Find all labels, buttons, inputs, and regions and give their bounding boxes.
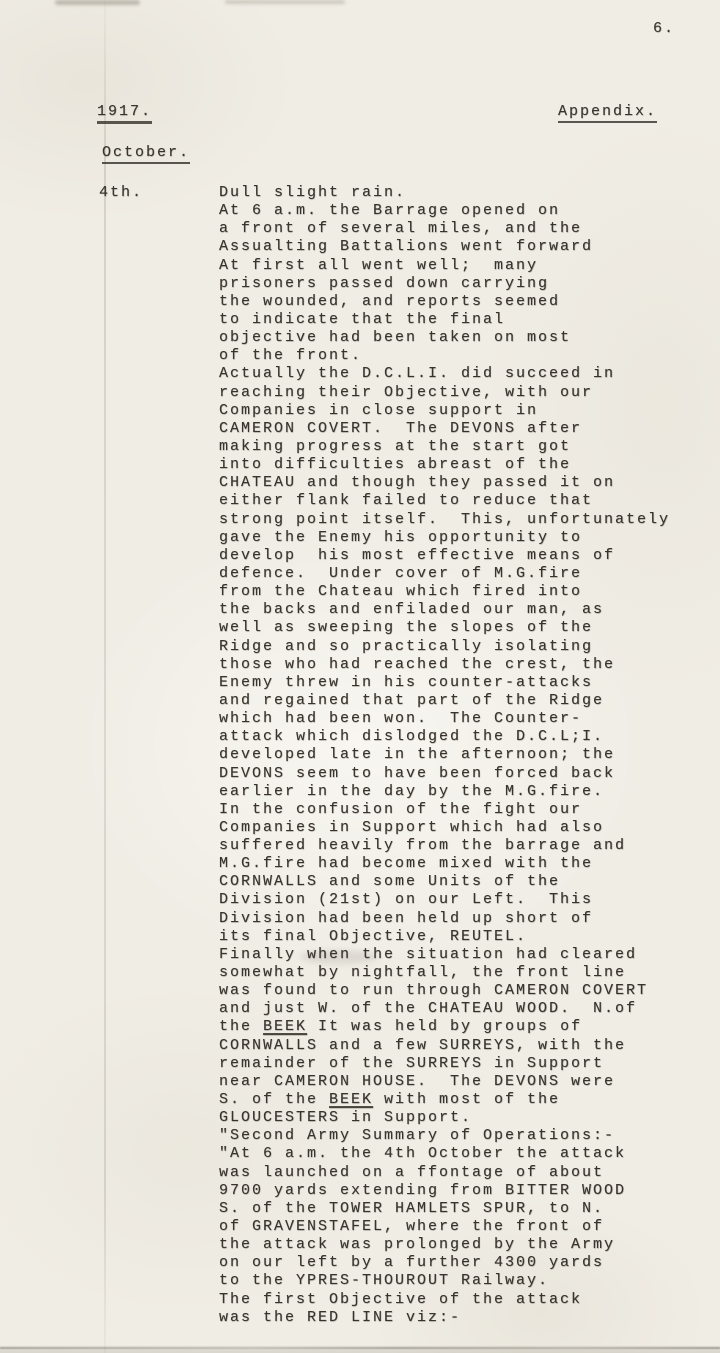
text-line: was the RED LINE viz:- [219, 1309, 670, 1327]
text-line: reaching their Objective, with our [219, 384, 670, 402]
text-line: The first Objective of the attack [219, 1291, 670, 1309]
text-line: and regained that part of the Ridge [219, 692, 670, 710]
text-line: near CAMERON HOUSE. The DEVONS were [219, 1073, 670, 1091]
page-number: 6. [653, 20, 675, 37]
text-line: At first all went well; many [219, 257, 670, 275]
text-line: "Second Army Summary of Operations:- [219, 1127, 670, 1145]
text-line: was found to run through CAMERON COVERT [219, 982, 670, 1000]
text-line: earlier in the day by the M.G.fire. [219, 783, 670, 801]
text-line: the BEEK It was held by groups of [219, 1018, 670, 1036]
text-line: At 6 a.m. the Barrage opened on [219, 202, 670, 220]
text-line: of the front. [219, 347, 670, 365]
text-line: which had been won. The Counter- [219, 710, 670, 728]
appendix-heading: Appendix. [558, 103, 657, 123]
text-line: Division (21st) on our Left. This [219, 891, 670, 909]
text-line: and just W. of the CHATEAU WOOD. N.of [219, 1000, 670, 1018]
text-line: 9700 yards extending from BITTER WOOD [219, 1182, 670, 1200]
text-line: strong point itself. This, unfortunately [219, 511, 670, 529]
text-line: S. of the BEEK with most of the [219, 1091, 670, 1109]
text-line: M.G.fire had become mixed with the [219, 855, 670, 873]
text-line: developed late in the afternoon; the [219, 746, 670, 764]
document-page: 6. 1917. Appendix. October. 4th. Dull sl… [0, 0, 720, 1353]
scan-bottom-shadow [0, 1345, 720, 1353]
text-line: suffered heavily from the barrage and [219, 837, 670, 855]
text-line: CHATEAU and though they passed it on [219, 474, 670, 492]
text-line: CORNWALLS and a few SURREYS, with the [219, 1037, 670, 1055]
text-line: S. of the TOWER HAMLETS SPUR, to N. [219, 1200, 670, 1218]
fold-crease [104, 0, 106, 1353]
text-line: "At 6 a.m. the 4th October the attack [219, 1145, 670, 1163]
text-line: well as sweeping the slopes of the [219, 619, 670, 637]
text-line: the attack was prolonged by the Army [219, 1236, 670, 1254]
text-line: the wounded, and reports seemed [219, 293, 670, 311]
text-line: of GRAVENSTAFEL, where the front of [219, 1218, 670, 1236]
text-line: those who had reached the crest, the [219, 656, 670, 674]
text-line: its final Objective, REUTEL. [219, 928, 670, 946]
scan-smudge-top-center [225, 0, 345, 4]
text-line: prisoners passed down carrying [219, 275, 670, 293]
text-line: DEVONS seem to have been forced back [219, 765, 670, 783]
text-line: either flank failed to reduce that [219, 492, 670, 510]
text-line: to the YPRES-THOUROUT Railway. [219, 1272, 670, 1290]
text-line: gave the Enemy his opportunity to [219, 529, 670, 547]
text-line: remainder of the SURREYS in Support [219, 1055, 670, 1073]
text-line: Companies in close support in [219, 402, 670, 420]
text-line: from the Chateau which fired into [219, 583, 670, 601]
text-line: into difficulties abreast of the [219, 456, 670, 474]
text-line: the backs and enfiladed our man, as [219, 601, 670, 619]
text-line: Actually the D.C.L.I. did succeed in [219, 365, 670, 383]
text-line: objective had been taken on most [219, 329, 670, 347]
text-line: defence. Under cover of M.G.fire [219, 565, 670, 583]
text-line: to indicate that the final [219, 311, 670, 329]
text-line: Finally when the situation had cleared [219, 946, 670, 964]
year-heading: 1917. [97, 103, 152, 124]
text-line: attack which dislodged the D.C.L;I. [219, 728, 670, 746]
text-line: making progress at the start got [219, 438, 670, 456]
text-line: develop his most effective means of [219, 547, 670, 565]
day-label: 4th. [99, 184, 143, 201]
month-heading: October. [102, 144, 190, 164]
diary-entry-text: Dull slight rain.At 6 a.m. the Barrage o… [219, 184, 670, 1327]
text-line: Companies in Support which had also [219, 819, 670, 837]
text-line: CAMERON COVERT. The DEVONS after [219, 420, 670, 438]
text-line: CORNWALLS and some Units of the [219, 873, 670, 891]
text-line: GLOUCESTERS in Support. [219, 1109, 670, 1127]
text-line: Assualting Battalions went forward [219, 238, 670, 256]
text-line: a front of several miles, and the [219, 220, 670, 238]
text-line: was launched on a ffontage of about [219, 1164, 670, 1182]
text-line: In the confusion of the fight our [219, 801, 670, 819]
text-line: on our left by a further 4300 yards [219, 1254, 670, 1272]
text-line: Dull slight rain. [219, 184, 670, 202]
text-line: Division had been held up short of [219, 910, 670, 928]
text-line: Enemy threw in his counter-attacks [219, 674, 670, 692]
scan-smudge-top-left [55, 0, 140, 5]
text-line: somewhat by nightfall, the front line [219, 964, 670, 982]
text-line: Ridge and so practically isolating [219, 638, 670, 656]
